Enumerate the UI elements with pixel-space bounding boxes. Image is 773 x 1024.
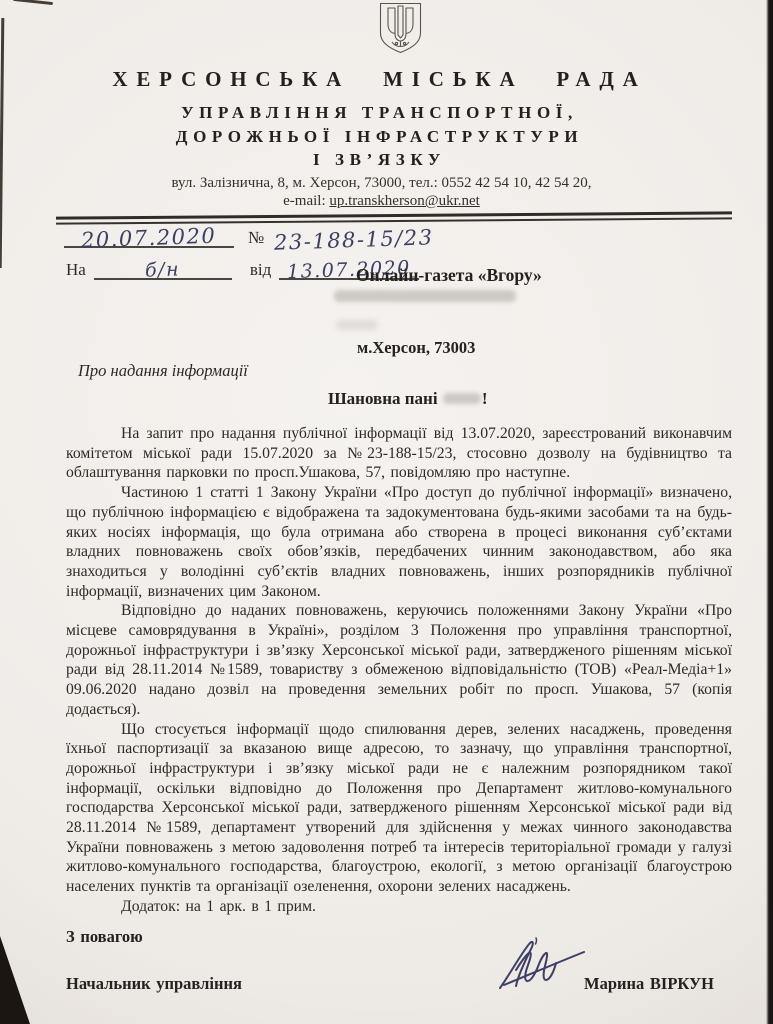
letter-body: На запит про надання публічної інформаці… [66,424,732,994]
closing-phrase: З повагою [66,927,732,947]
email-address: up.transkherson@ukr.net [329,193,479,209]
department-name-line3: І ЗВ’ЯЗКУ [0,148,759,172]
handwritten-outgoing-date: 20.07.2020 [81,224,217,253]
recipient-name: Онлайн-газета «Вгору» [356,265,542,286]
address-line: вул. Залізнична, 8, м. Херсон, 73000, те… [0,175,763,192]
outgoing-date-field: 20.07.2020 [64,222,234,248]
department-name-line1: УПРАВЛІННЯ ТРАНСПОРТНОЇ, [0,101,759,125]
vid-label: від [248,260,273,280]
salutation-prefix: Шановна пані [328,389,438,408]
salutation-suffix: ! [482,389,488,408]
department-name-line2: ДОРОЖНЬОЇ ІНФРАСТРУКТУРИ [0,125,759,149]
scan-smudge [336,320,378,330]
na-label: На [64,260,88,280]
handwritten-outgoing-number: 23-188-15/23 [274,225,434,255]
signatory-name: Марина ВІРКУН [584,974,714,994]
ukraine-trident-icon [377,2,424,59]
paragraph-1: На запит про надання публічної інформаці… [66,424,732,483]
paragraph-3: Відповідно до наданих повноважень, керую… [66,601,732,719]
paragraph-2: Частиною 1 статті 1 Закону України «Про … [66,483,732,601]
email-label: e-mail: [283,193,325,209]
scan-edge-right [766,0,773,1024]
redacted-recipient-address [334,290,516,302]
signature-scribble-icon [492,936,592,1004]
subject-line: Про надання інформації [78,361,248,381]
handwritten-incoming-number: б/н [145,258,181,281]
signatory-position: Начальник управління [66,974,242,994]
number-label: № [246,228,266,248]
scanned-letter-page: ХЕРСОНСЬКА МІСЬКА РАДА УПРАВЛІННЯ ТРАНСП… [0,0,773,1024]
paragraph-4: Що стосується інформації щодо спилювання… [66,720,732,897]
recipient-city: м.Херсон, 73003 [357,338,475,358]
organization-name: ХЕРСОНСЬКА МІСЬКА РАДА [0,67,759,92]
email-line: e-mail: up.transkherson@ukr.net [0,193,763,210]
scan-corner-bottom-left [0,936,30,1024]
reference-row-outgoing: 20.07.2020 № 23-188-15/23 [64,222,434,248]
incoming-number-field: б/н [94,256,232,280]
scan-mark-top-left [13,0,53,5]
department-name: УПРАВЛІННЯ ТРАНСПОРТНОЇ, ДОРОЖНЬОЇ ІНФРА… [0,101,759,172]
signature-row: Начальник управління Марина ВІРКУН [66,974,732,994]
salutation: Шановна пані ! [328,389,488,409]
redacted-recipient-first-name [443,393,481,404]
attachment-note: Додаток: на 1 арк. в 1 прим. [66,897,732,917]
